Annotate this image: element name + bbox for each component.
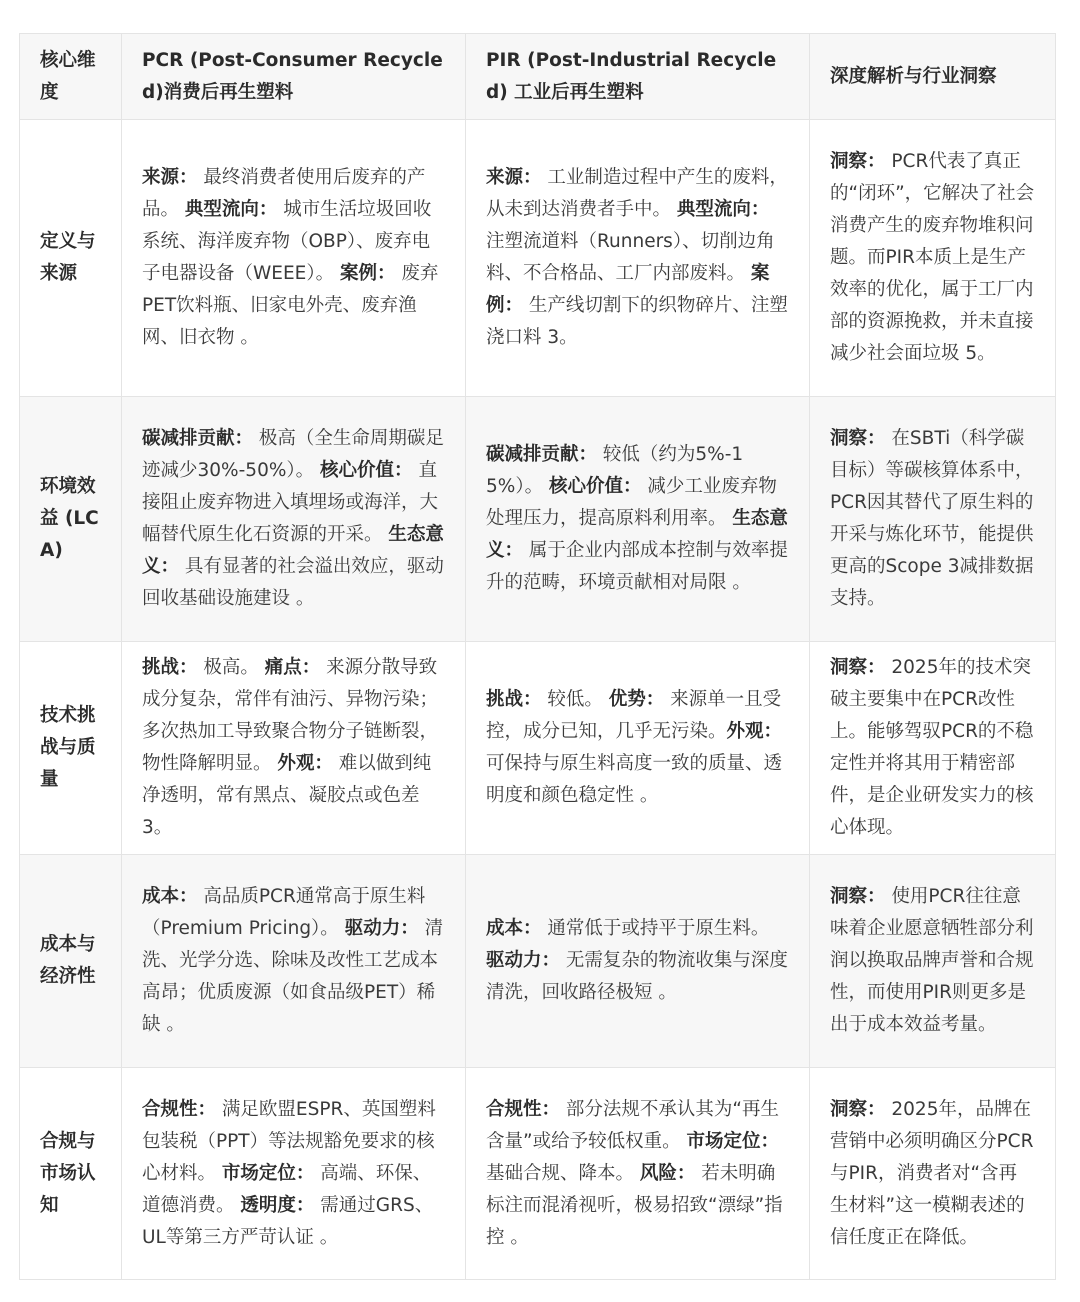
cell-label: 来源： xyxy=(486,167,542,188)
table-row: 成本与经济性成本： 高品质PCR通常高于原生料（Premium Pricing）… xyxy=(20,855,1056,1068)
cell-label: 市场定位： xyxy=(686,1131,779,1152)
cell-insight: 洞察： PCR代表了真正的“闭环”，它解决了社会消费产生的废弃物堆积问题。而PI… xyxy=(810,120,1056,397)
table-header-row: 核心维度 PCR (Post-Consumer Recycled)消费后再生塑料… xyxy=(20,34,1056,120)
cell-text: 通常低于或持平于原生料。 xyxy=(542,918,770,939)
header-dimension: 核心维度 xyxy=(20,34,122,120)
cell-pcr: 合规性： 满足欧盟ESPR、英国塑料包装税（PPT）等法规豁免要求的核心材料。 … xyxy=(122,1068,466,1280)
cell-pir: 来源： 工业制造过程中产生的废料，从未到达消费者手中。 典型流向： 注塑流道料（… xyxy=(466,120,810,397)
cell-text: 使用PCR往往意味着企业愿意牺牲部分利润以换取品牌声誉和合规性，而使用PIR则更… xyxy=(830,886,1034,1035)
row-dimension: 环境效益 (LCA) xyxy=(20,397,122,642)
row-dimension: 技术挑战与质量 xyxy=(20,642,122,855)
cell-pcr: 来源： 最终消费者使用后废弃的产品。 典型流向： 城市生活垃圾回收系统、海洋废弃… xyxy=(122,120,466,397)
cell-label: 洞察： xyxy=(830,886,886,907)
cell-label: 典型流向： xyxy=(185,199,278,220)
cell-insight: 洞察： 使用PCR往往意味着企业愿意牺牲部分利润以换取品牌声誉和合规性，而使用P… xyxy=(810,855,1056,1068)
cell-label: 碳减排贡献： xyxy=(142,428,253,449)
cell-label: 外观： xyxy=(727,721,783,742)
cell-label: 核心价值： xyxy=(320,460,413,481)
cell-text: 在SBTi（科学碳目标）等碳核算体系中，PCR因其替代了原生料的开采与炼化环节，… xyxy=(830,428,1034,609)
cell-label: 典型流向： xyxy=(677,199,770,220)
cell-label: 核心价值： xyxy=(549,476,642,497)
cell-text: 注塑流道料（Runners）、切削边角料、不合格品、工厂内部废料。 xyxy=(486,231,775,284)
header-pir: PIR (Post-Industrial Recycled) 工业后再生塑料 xyxy=(466,34,810,120)
table-row: 定义与来源来源： 最终消费者使用后废弃的产品。 典型流向： 城市生活垃圾回收系统… xyxy=(20,120,1056,397)
cell-pir: 挑战： 较低。 优势： 来源单一且受控，成分已知，几乎无污染。外观： 可保持与原… xyxy=(466,642,810,855)
cell-label: 洞察： xyxy=(830,657,886,678)
header-pcr: PCR (Post-Consumer Recycled)消费后再生塑料 xyxy=(122,34,466,120)
cell-text: 具有显著的社会溢出效应，驱动回收基础设施建设 。 xyxy=(142,556,444,609)
cell-text: 2025年的技术突破主要集中在PCR改性上。能够驾驭PCR的不稳定性并将其用于精… xyxy=(830,657,1034,838)
comparison-table: 核心维度 PCR (Post-Consumer Recycled)消费后再生塑料… xyxy=(19,33,1056,1280)
cell-label: 透明度： xyxy=(240,1195,314,1216)
cell-text: 极高。 xyxy=(198,657,265,678)
cell-label: 风险： xyxy=(640,1163,696,1184)
cell-label: 挑战： xyxy=(142,657,198,678)
cell-label: 优势： xyxy=(609,689,665,710)
cell-label: 成本： xyxy=(486,918,542,939)
header-insight: 深度解析与行业洞察 xyxy=(810,34,1056,120)
cell-pcr: 碳减排贡献： 极高（全生命周期碳足迹减少30%-50%）。 核心价值： 直接阻止… xyxy=(122,397,466,642)
table-row: 技术挑战与质量挑战： 极高。 痛点： 来源分散导致成分复杂，常伴有油污、异物污染… xyxy=(20,642,1056,855)
cell-label: 来源： xyxy=(142,167,198,188)
table-body: 定义与来源来源： 最终消费者使用后废弃的产品。 典型流向： 城市生活垃圾回收系统… xyxy=(20,120,1056,1280)
cell-label: 驱动力： xyxy=(486,950,560,971)
cell-label: 市场定位： xyxy=(222,1163,315,1184)
cell-label: 合规性： xyxy=(142,1099,216,1120)
cell-label: 痛点： xyxy=(265,657,321,678)
cell-text: PCR代表了真正的“闭环”，它解决了社会消费产生的废弃物堆积问题。而PIR本质上… xyxy=(830,151,1034,364)
cell-label: 合规性： xyxy=(486,1099,560,1120)
cell-text: 较低。 xyxy=(542,689,609,710)
cell-label: 外观： xyxy=(277,753,333,774)
cell-text: 2025年，品牌在营销中必须明确区分PCR与PIR，消费者对“含再生材料”这一模… xyxy=(830,1099,1033,1248)
table-row: 合规与市场认知合规性： 满足欧盟ESPR、英国塑料包装税（PPT）等法规豁免要求… xyxy=(20,1068,1056,1280)
cell-text: 基础合规、降本。 xyxy=(486,1163,640,1184)
cell-label: 洞察： xyxy=(830,428,886,449)
cell-pcr: 挑战： 极高。 痛点： 来源分散导致成分复杂，常伴有油污、异物污染；多次热加工导… xyxy=(122,642,466,855)
cell-label: 案例： xyxy=(340,263,396,284)
cell-insight: 洞察： 2025年的技术突破主要集中在PCR改性上。能够驾驭PCR的不稳定性并将… xyxy=(810,642,1056,855)
row-dimension: 合规与市场认知 xyxy=(20,1068,122,1280)
cell-pir: 合规性： 部分法规不承认其为“再生含量”或给予较低权重。 市场定位： 基础合规、… xyxy=(466,1068,810,1280)
cell-text: 生产线切割下的织物碎片、注塑浇口料 3。 xyxy=(486,295,788,348)
cell-label: 成本： xyxy=(142,886,198,907)
cell-label: 碳减排贡献： xyxy=(486,444,597,465)
cell-pir: 成本： 通常低于或持平于原生料。 驱动力： 无需复杂的物流收集与深度清洗，回收路… xyxy=(466,855,810,1068)
cell-text: 可保持与原生料高度一致的质量、透明度和颜色稳定性 。 xyxy=(486,753,782,806)
cell-insight: 洞察： 在SBTi（科学碳目标）等碳核算体系中，PCR因其替代了原生料的开采与炼… xyxy=(810,397,1056,642)
cell-pir: 碳减排贡献： 较低（约为5%-15%）。 核心价值： 减少工业废弃物处理压力，提… xyxy=(466,397,810,642)
table-row: 环境效益 (LCA)碳减排贡献： 极高（全生命周期碳足迹减少30%-50%）。 … xyxy=(20,397,1056,642)
cell-text: 属于企业内部成本控制与效率提升的范畴，环境贡献相对局限 。 xyxy=(486,540,788,593)
cell-pcr: 成本： 高品质PCR通常高于原生料（Premium Pricing）。 驱动力：… xyxy=(122,855,466,1068)
cell-insight: 洞察： 2025年，品牌在营销中必须明确区分PCR与PIR，消费者对“含再生材料… xyxy=(810,1068,1056,1280)
cell-label: 驱动力： xyxy=(345,918,419,939)
row-dimension: 定义与来源 xyxy=(20,120,122,397)
cell-label: 挑战： xyxy=(486,689,542,710)
cell-label: 洞察： xyxy=(830,1099,886,1120)
row-dimension: 成本与经济性 xyxy=(20,855,122,1068)
cell-label: 洞察： xyxy=(830,151,886,172)
